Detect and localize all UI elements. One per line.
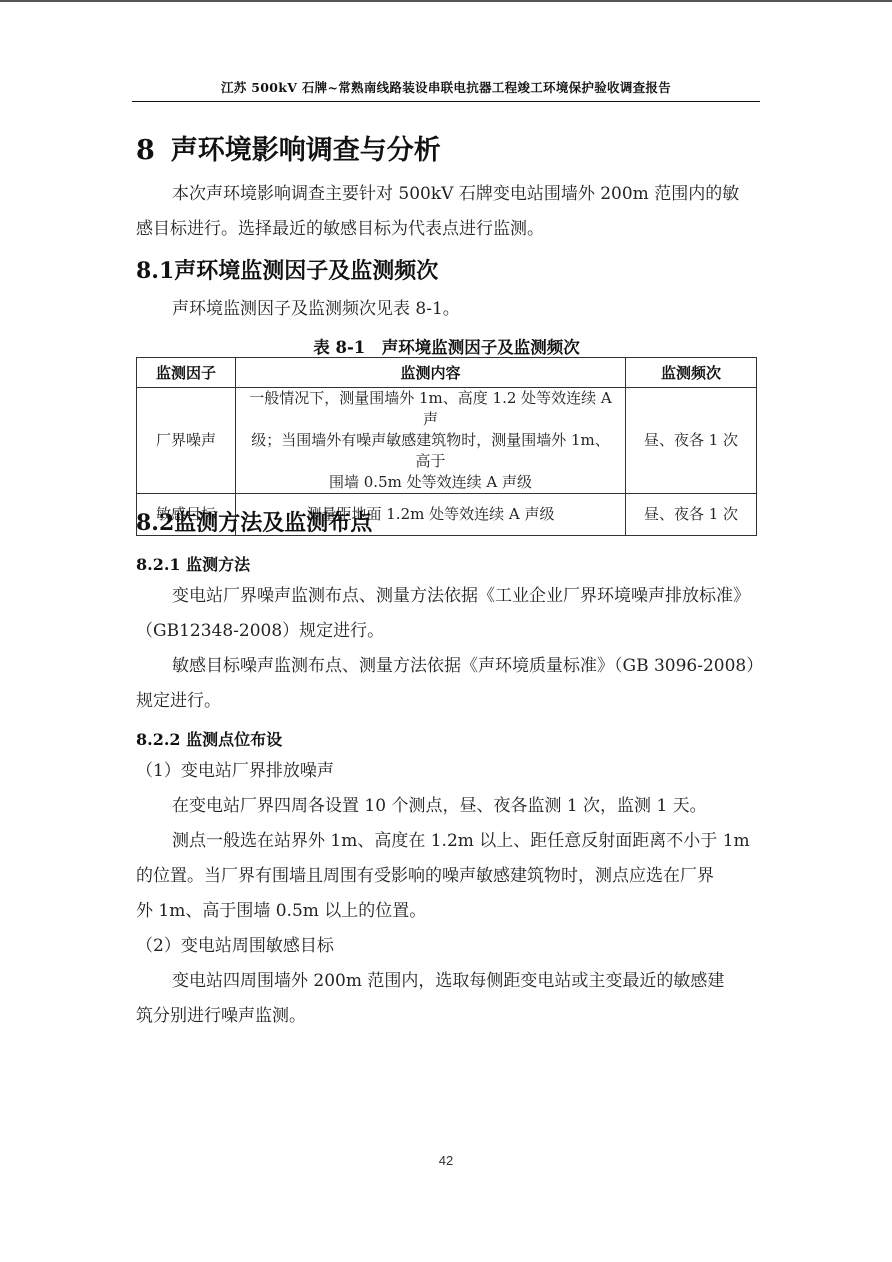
section-8-1-text: 声环境监测因子及监测频次见表 8-1。 — [136, 292, 766, 327]
header-content: 监测内容 — [236, 358, 626, 388]
section-8-2-1-heading: 8.2.1 监测方法 — [136, 552, 250, 575]
cell-frequency: 昼、夜各 1 次 — [626, 494, 757, 536]
cell-content: 一般情况下，测量围墙外 1m、高度 1.2 处等效连续 A 声 级；当围墙外有噪… — [236, 388, 626, 494]
table-caption: 表 8-1 声环境监测因子及监测频次 — [136, 334, 757, 358]
page-number: 42 — [0, 1153, 892, 1168]
item-1-paragraph-1: 在变电站厂界四周各设置 10 个测点，昼、夜各监测 1 次，监测 1 天。 — [136, 789, 766, 824]
text-line: 变电站厂界噪声监测布点、测量方法依据《工业企业厂界环境噪声排放标准》 — [172, 586, 750, 606]
text-line: 变电站四周围墙外 200m 范围内，选取每侧距变电站或主变最近的敏感建 — [172, 971, 724, 991]
text-line: 的位置。当厂界有围墙且周围有受影响的噪声敏感建筑物时，测点应选在厂界 — [100, 859, 714, 894]
content-line: 级；当围墙外有噪声敏感建筑物时，测量围墙外 1m、高于 — [251, 431, 610, 470]
table-header-row: 监测因子 监测内容 监测频次 — [137, 358, 757, 388]
table-row: 厂界噪声 一般情况下，测量围墙外 1m、高度 1.2 处等效连续 A 声 级；当… — [137, 388, 757, 494]
cell-factor: 厂界噪声 — [137, 388, 236, 494]
section-title: 声环境影响调查与分析 — [171, 135, 441, 166]
item-2-paragraph: 变电站四周围墙外 200m 范围内，选取每侧距变电站或主变最近的敏感建 筑分别进… — [136, 964, 766, 1034]
section-8-heading: 8声环境影响调查与分析 — [136, 128, 441, 167]
intro-line-1: 本次声环境影响调查主要针对 500kV 石牌变电站围墙外 200m 范围内的敏 — [172, 184, 739, 204]
item-1-label: （1）变电站厂界排放噪声 — [136, 754, 766, 789]
section-8-1-heading: 8.1声环境监测因子及监测频次 — [136, 254, 438, 285]
text-line: 测点一般选在站界外 1m、高度在 1.2m 以上、距任意反射面距离不小于 1m — [172, 831, 750, 851]
intro-paragraph: 本次声环境影响调查主要针对 500kV 石牌变电站围墙外 200m 范围内的敏 … — [136, 177, 766, 247]
text-line: 外 1m、高于围墙 0.5m 以上的位置。 — [100, 894, 426, 929]
running-header: 江苏 500kV 石牌~常熟南线路装设串联电抗器工程竣工环境保护验收调查报告 — [132, 78, 760, 96]
content-line: 一般情况下，测量围墙外 1m、高度 1.2 处等效连续 A 声 — [249, 389, 612, 428]
text-line: （GB12348-2008）规定进行。 — [100, 614, 384, 649]
section-number: 8 — [136, 135, 155, 166]
header-factor: 监测因子 — [137, 358, 236, 388]
method-paragraph-1: 变电站厂界噪声监测布点、测量方法依据《工业企业厂界环境噪声排放标准》 （GB12… — [136, 579, 766, 649]
item-1-paragraph-2: 测点一般选在站界外 1m、高度在 1.2m 以上、距任意反射面距离不小于 1m … — [136, 824, 766, 929]
section-8-2-heading: 8.2监测方法及监测布点 — [136, 506, 372, 537]
header-rule — [132, 101, 760, 102]
content-line: 围墙 0.5m 处等效连续 A 声级 — [329, 473, 532, 491]
cell-frequency: 昼、夜各 1 次 — [626, 388, 757, 494]
header-frequency: 监测频次 — [626, 358, 757, 388]
intro-line-2: 感目标进行。选择最近的敏感目标为代表点进行监测。 — [100, 212, 544, 247]
text-line: 规定进行。 — [100, 684, 221, 719]
section-8-2-2-heading: 8.2.2 监测点位布设 — [136, 727, 282, 750]
text-line: 敏感目标噪声监测布点、测量方法依据《声环境质量标准》（GB 3096-2008） — [172, 656, 763, 676]
method-paragraph-2: 敏感目标噪声监测布点、测量方法依据《声环境质量标准》（GB 3096-2008）… — [136, 649, 766, 719]
item-2-label: （2）变电站周围敏感目标 — [136, 929, 766, 964]
text-line: 筑分别进行噪声监测。 — [100, 999, 306, 1034]
